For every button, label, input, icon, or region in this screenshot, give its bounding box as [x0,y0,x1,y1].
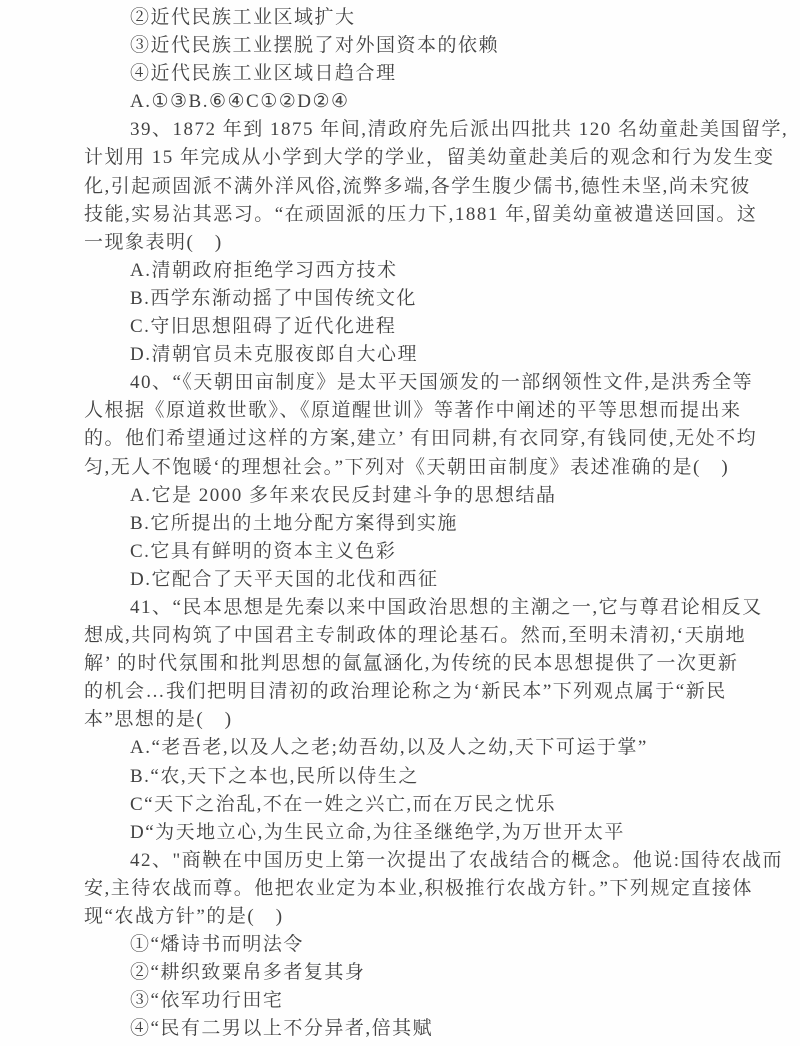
text-line: 41、“民本思想是先秦以来中国政治思想的主潮之一,它与尊君论相反又 [84,594,764,622]
text-line: 39、1872 年到 1875 年间,清政府先后派出四批共 120 名幼童赴美国… [84,116,764,144]
text-line: ④“民有二男以上不分异者,倍其赋 [84,1015,764,1043]
text-line: D.清朝官员未克服夜郎自大心理 [84,341,764,369]
text-line: C.它具有鲜明的资本主义色彩 [84,538,764,566]
text-line: B.“农,天下之本也,民所以侍生之 [84,763,764,791]
text-line: 本”思想的是( ) [84,706,764,734]
text-line: ②“耕织致粟帛多者复其身 [84,959,764,987]
text-line: C.守旧思想阻碍了近代化进程 [84,313,764,341]
text-line: ④近代民族工业区域日趋合理 [84,60,764,88]
text-line: 计划用 15 年完成从小学到大学的学业，留美幼童赴美后的观念和行为发生变 [84,144,764,172]
text-line: ②近代民族工业区域扩大 [84,4,764,32]
text-line: 的。他们希望通过这样的方案,建立’ 有田同耕,有衣同穿,有钱同使,无处不均 [84,425,764,453]
text-line: B.西学东渐动摇了中国传统文化 [84,285,764,313]
text-line: 解’ 的时代氛围和批判思想的氤氲涵化,为传统的民本思想提供了一次更新 [84,650,764,678]
document-page: ②近代民族工业区域扩大③近代民族工业摆脱了对外国资本的依赖④近代民族工业区域日趋… [0,0,800,1046]
text-line: 匀,无人不饱暖‘的理想社会。”下列对《天朝田亩制度》表述准确的是( ) [84,454,764,482]
text-line: 一现象表明( ) [84,229,764,257]
text-line: 安,主待农战而尊。他把农业定为本业,积极推行农战方针。”下列规定直接体 [84,875,764,903]
text-line: ①“燔诗书而明法令 [84,931,764,959]
text-line: 42、"商鞅在中国历史上第一次提出了农战结合的概念。他说:国待农战而 [84,847,764,875]
text-line: 人根据《原道救世歌》、《原道醒世训》等著作中阐述的平等思想而提出来 [84,397,764,425]
text-line: ③“依军功行田宅 [84,987,764,1015]
text-line: D.它配合了天平天国的北伐和西征 [84,566,764,594]
text-line: ③近代民族工业摆脱了对外国资本的依赖 [84,32,764,60]
text-line: A.它是 2000 多年来农民反封建斗争的思想结晶 [84,482,764,510]
document-text-block: ②近代民族工业区域扩大③近代民族工业摆脱了对外国资本的依赖④近代民族工业区域日趋… [84,4,764,1043]
text-line: B.它所提出的土地分配方案得到实施 [84,510,764,538]
text-line: D“为天地立心,为生民立命,为往圣继绝学,为万世开太平 [84,819,764,847]
text-line: 想成,共同构筑了中国君主专制政体的理论基石。然而,至明未清初,‘天崩地 [84,622,764,650]
text-line: A.“老吾老,以及人之老;幼吾幼,以及人之幼,天下可运于掌” [84,734,764,762]
text-line: 的机会…我们把明目清初的政治理论称之为‘新民本”下列观点属于“新民 [84,678,764,706]
text-line: 40、“《天朝田亩制度》是太平天国颁发的一部纲领性文件,是洪秀全等 [84,369,764,397]
text-line: A.清朝政府拒绝学习西方技术 [84,257,764,285]
text-line: C“天下之治乱,不在一姓之兴亡,而在万民之忧乐 [84,791,764,819]
text-line: 技能,实易沾其恶习。“在顽固派的压力下,1881 年,留美幼童被遣送回国。这 [84,201,764,229]
text-line: 化,引起顽固派不满外洋风俗,流弊多端,各学生腹少儒书,德性未坚,尚未究彼 [84,173,764,201]
text-line: A.①③B.⑥④C①②D②④ [84,88,764,116]
text-line: 现“农战方针”的是( ) [84,903,764,931]
